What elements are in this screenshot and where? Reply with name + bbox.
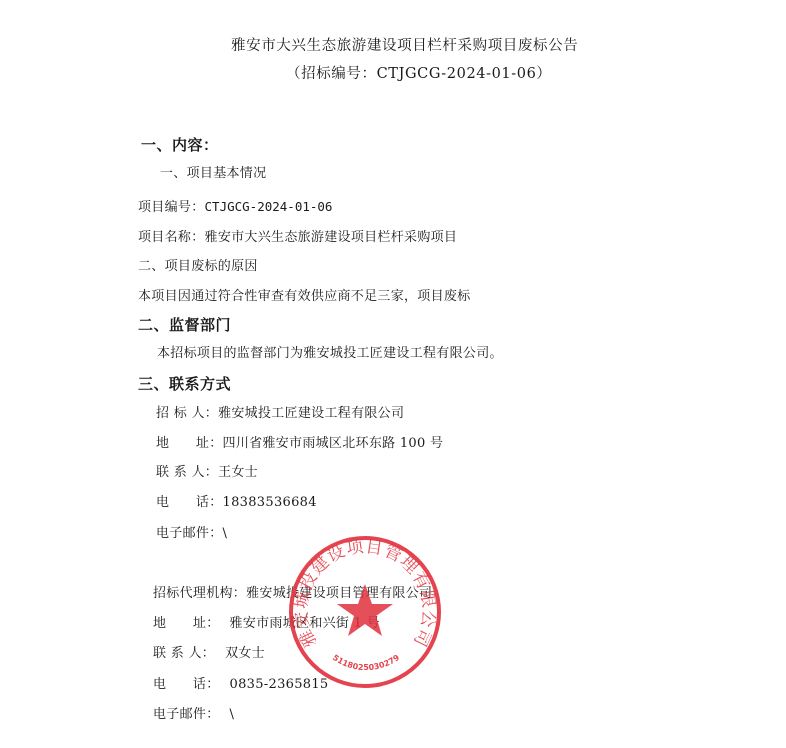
subsection-reason: 二、项目废标的原因 (138, 259, 258, 275)
document-subtitle: （招标编号：CTJGCG-2024-01-06） (286, 66, 552, 82)
tenderer-contact-label: 联 系 人： (156, 465, 218, 480)
tender-number: （招标编号：CTJGCG-2024-01-06） (286, 66, 552, 82)
tenderer-address-label: 地 址： (156, 436, 223, 451)
agency-contact-label: 联 系 人： (153, 646, 215, 661)
tenderer-name-value: 雅安城投工匠建设工程有限公司 (218, 406, 404, 421)
tenderer-address-row: 地 址：四川省雅安市雨城区北环东路 100 号 (156, 436, 443, 452)
official-seal-icon: 雅安城投建设项目管理有限公司 5118025030279 (285, 532, 445, 692)
document-title: 雅安市大兴生态旅游建设项目栏杆采购项目废标公告 (231, 38, 578, 54)
section-3-heading: 三、联系方式 (138, 376, 231, 392)
tenderer-address-value: 四川省雅安市雨城区北环东路 100 号 (223, 436, 444, 451)
supervision-text: 本招标项目的监督部门为雅安城投工匠建设工程有限公司。 (157, 346, 503, 362)
agency-email-value: \ (230, 707, 235, 722)
agency-phone-label: 电 话： (153, 677, 220, 692)
tenderer-contact-row: 联 系 人：王女士 (156, 465, 258, 481)
tenderer-phone-value: 18383536684 (223, 495, 317, 510)
tenderer-email-value: \ (223, 526, 228, 541)
agency-contact-row: 联 系 人：双女士 (153, 646, 265, 662)
tenderer-email-label: 电子邮件： (156, 526, 223, 541)
agency-email-label: 电子邮件： (153, 707, 220, 722)
project-number-row: 项目编号：CTJGCG-2024-01-06 (138, 199, 332, 216)
project-number-label: 项目编号： (138, 200, 205, 215)
tenderer-contact-value: 王女士 (218, 465, 258, 480)
tenderer-name-row: 招 标 人：雅安城投工匠建设工程有限公司 (156, 406, 404, 422)
project-number-value: CTJGCG-2024-01-06 (205, 199, 333, 214)
project-name-label: 项目名称： (138, 230, 205, 245)
agency-name-label: 招标代理机构： (153, 586, 246, 601)
section-1-heading: 一、内容： (141, 137, 219, 153)
section-2-heading: 二、监督部门 (138, 317, 231, 333)
project-name-row: 项目名称：雅安市大兴生态旅游建设项目栏杆采购项目 (138, 230, 457, 246)
seal-code: 5118025030279 (331, 653, 401, 672)
tenderer-name-label: 招 标 人： (156, 406, 218, 421)
subsection-basic-info: 一、项目基本情况 (160, 166, 266, 182)
agency-contact-value: 双女士 (225, 646, 265, 661)
agency-email-row: 电子邮件：\ (153, 707, 234, 723)
tenderer-email-row: 电子邮件：\ (156, 526, 227, 542)
reason-text: 本项目因通过符合性审查有效供应商不足三家，项目废标 (138, 289, 471, 305)
svg-text:5118025030279: 5118025030279 (331, 653, 401, 672)
tenderer-phone-row: 电 话：18383536684 (156, 495, 317, 511)
project-name-value: 雅安市大兴生态旅游建设项目栏杆采购项目 (205, 230, 458, 245)
tenderer-phone-label: 电 话： (156, 495, 223, 510)
agency-address-label: 地 址： (153, 616, 220, 631)
